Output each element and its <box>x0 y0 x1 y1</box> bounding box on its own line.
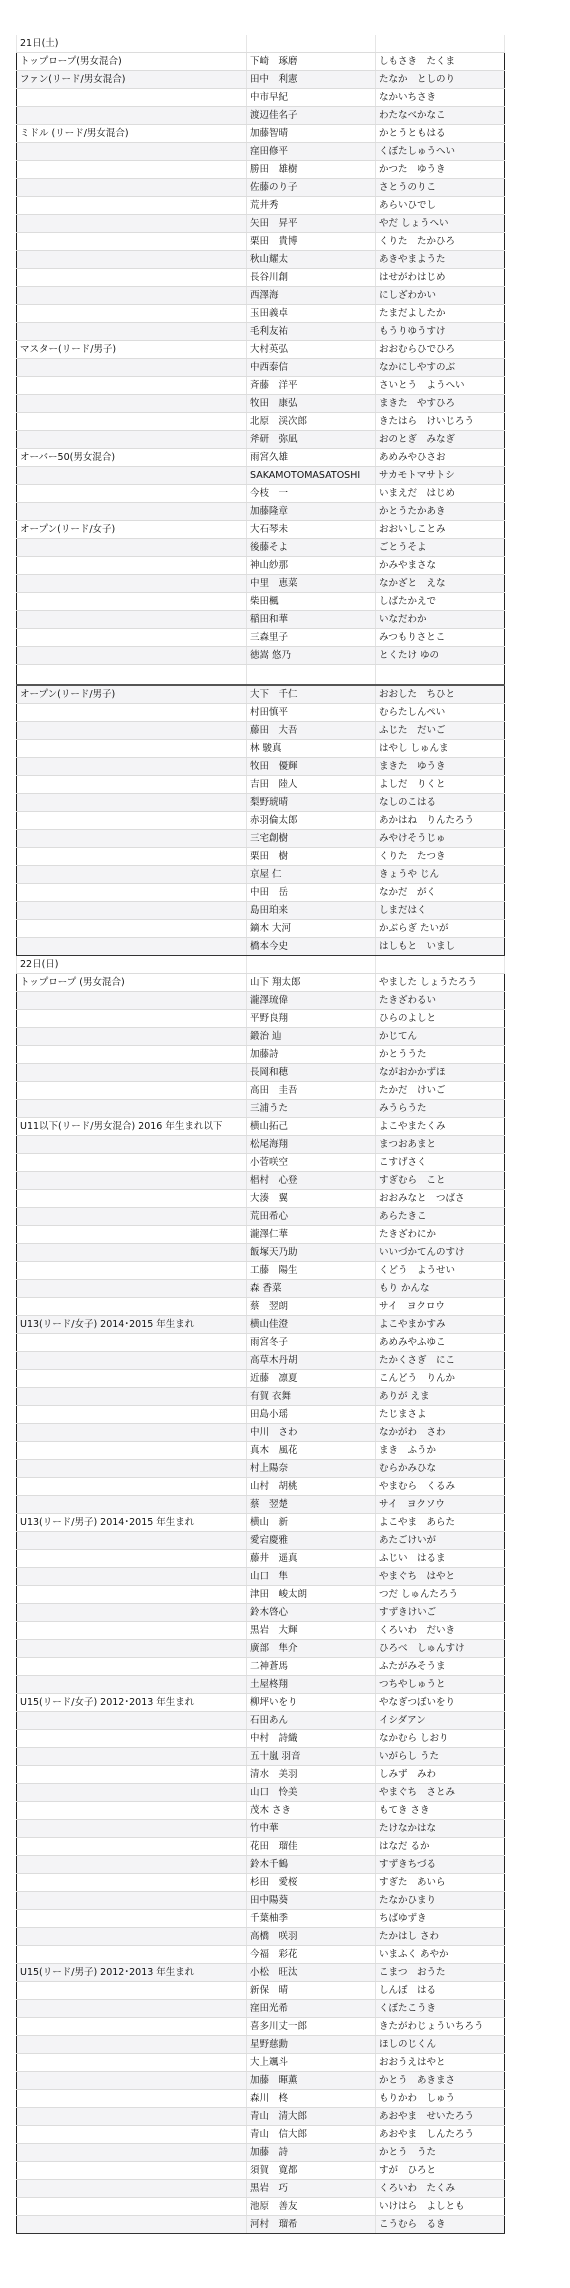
participant-name: 有賀 衣舞 <box>247 1388 376 1406</box>
empty-cell <box>247 956 376 974</box>
participant-name: 千葉柚季 <box>247 1910 376 1928</box>
participant-name: 下崎 琢磨 <box>247 53 376 71</box>
participant-name: 雨宮久雄 <box>247 449 376 467</box>
participant-name: 中田 岳 <box>247 884 376 902</box>
table-row: 三宅創樹みやけそうじゅ <box>17 830 505 848</box>
empty-cell <box>17 1172 247 1190</box>
table-row: 鍛治 辿かじてん <box>17 1028 505 1046</box>
participant-name: 長谷川創 <box>247 269 376 287</box>
empty-cell <box>17 593 247 611</box>
table-row: 森川 柊もりかわ しゅう <box>17 2090 505 2108</box>
participant-name: 高草木丹胡 <box>247 1352 376 1370</box>
table-row: 毛利友祐もうりゆうすけ <box>17 323 505 341</box>
participant-name: 京屋 仁 <box>247 866 376 884</box>
empty-cell <box>17 1334 247 1352</box>
participant-name: 山下 翔太郎 <box>247 974 376 992</box>
empty-cell <box>17 1532 247 1550</box>
participant-name: 廣部 隼介 <box>247 1640 376 1658</box>
participant-name: 津田 峻太朗 <box>247 1586 376 1604</box>
table-row: 渡辺佳名子わたなべかなこ <box>17 107 505 125</box>
participant-name: 青山 信大郎 <box>247 2126 376 2144</box>
empty-cell <box>17 2108 247 2126</box>
participant-kana: もてき さき <box>376 1802 505 1820</box>
participant-kana: くぼたこうき <box>376 2000 505 2018</box>
table-row: 斧研 弥凪おのとぎ みなぎ <box>17 431 505 449</box>
participant-name: 長岡和穂 <box>247 1064 376 1082</box>
participant-kana: くりた たつき <box>376 848 505 866</box>
participant-name: 加藤 詩 <box>247 2144 376 2162</box>
participant-name: 山村 胡桃 <box>247 1478 376 1496</box>
participant-name: 秋山耀太 <box>247 251 376 269</box>
participant-kana: くぼたしゅうへい <box>376 143 505 161</box>
table-row: 千葉柚季ちばゆずき <box>17 1910 505 1928</box>
participant-kana: いいづかてんのすけ <box>376 1244 505 1262</box>
participant-name: 近藤 凛夏 <box>247 1370 376 1388</box>
participant-name: 中川 さわ <box>247 1424 376 1442</box>
table-row: U11以下(リード/男女混合) 2016 年生まれ以下横山拓己よこやまたくみ <box>17 1118 505 1136</box>
table-row: 牧田 優輝まきた ゆうき <box>17 758 505 776</box>
empty-cell <box>17 1406 247 1424</box>
table-row: 中西泰信なかにしやすのぶ <box>17 359 505 377</box>
participant-name: 茂木 さき <box>247 1802 376 1820</box>
table-row: U15(リード/女子) 2012･2013 年生まれ柳坪いをりやなぎつぼいをり <box>17 1694 505 1712</box>
participant-kana: むらたしんぺい <box>376 704 505 722</box>
table-row: 加藤隆章かとうたかあき <box>17 503 505 521</box>
participant-kana: ありが えま <box>376 1388 505 1406</box>
participant-kana: おおいしことみ <box>376 521 505 539</box>
participant-name: 椙村 心登 <box>247 1172 376 1190</box>
participant-kana: なかざと えな <box>376 575 505 593</box>
empty-cell <box>17 1298 247 1316</box>
participant-name: 斉藤 洋平 <box>247 377 376 395</box>
participant-name: 中西泰信 <box>247 359 376 377</box>
participant-kana: くどう ようせい <box>376 1262 505 1280</box>
table-row: 西澤海にしざわかい <box>17 287 505 305</box>
participant-name: 新保 晴 <box>247 1982 376 2000</box>
empty-cell <box>17 812 247 830</box>
table-row: 吉田 陸人よしだ りくと <box>17 776 505 794</box>
empty-cell <box>17 1262 247 1280</box>
table-row: 津田 峻太朗つだ しゅんたろう <box>17 1586 505 1604</box>
category-label: マスター(リード/男子) <box>17 341 247 359</box>
table-row: 鏑木 大河かぶらぎ たいが <box>17 920 505 938</box>
category-label: オーバー50(男女混合) <box>17 449 247 467</box>
participant-kana: こうむら るき <box>376 2216 505 2234</box>
participant-kana: もりかわ しゅう <box>376 2090 505 2108</box>
participant-kana: たかだ けいご <box>376 1082 505 1100</box>
empty-cell <box>17 1658 247 1676</box>
participant-name: 大下 千仁 <box>247 685 376 704</box>
category-label: U13(リード/男子) 2014･2015 年生まれ <box>17 1514 247 1532</box>
participant-name: 瀧澤琉偉 <box>247 992 376 1010</box>
table-row: 林 駿真はやし しゅんま <box>17 740 505 758</box>
participant-kana: あおやま せいたろう <box>376 2108 505 2126</box>
category-label: トップロープ(男女混合) <box>17 53 247 71</box>
participant-name: 玉田義卓 <box>247 305 376 323</box>
participant-name: 村田慎平 <box>247 704 376 722</box>
participant-name: 田島小瑶 <box>247 1406 376 1424</box>
participant-kana: くろいわ だいき <box>376 1622 505 1640</box>
empty-cell <box>17 2090 247 2108</box>
participant-kana: なかがわ さわ <box>376 1424 505 1442</box>
participant-name: 真木 風花 <box>247 1442 376 1460</box>
participant-kana: まきた やすひろ <box>376 395 505 413</box>
participant-kana: つだ しゅんたろう <box>376 1586 505 1604</box>
participant-kana: ひろべ しゅんすけ <box>376 1640 505 1658</box>
day-header-row: 21日(土) <box>17 35 505 53</box>
category-label: オープン(リード/男子) <box>17 685 247 704</box>
table-row: 廣部 隼介ひろべ しゅんすけ <box>17 1640 505 1658</box>
participant-kana: あおやま しんたろう <box>376 2126 505 2144</box>
table-row: 加藤 暉薫かとう あきまさ <box>17 2072 505 2090</box>
empty-cell <box>17 1550 247 1568</box>
table-row: 佐藤のり子さとうのりこ <box>17 179 505 197</box>
table-row: 飯塚天乃助いいづかてんのすけ <box>17 1244 505 1262</box>
table-row: 中市早紀なかいちさき <box>17 89 505 107</box>
table-row: 京屋 仁きょうや じん <box>17 866 505 884</box>
table-row: 中村 詩織なかむら しおり <box>17 1730 505 1748</box>
participant-kana: たかくさぎ にこ <box>376 1352 505 1370</box>
participant-name: 田中陽葵 <box>247 1892 376 1910</box>
participant-kana: さいとう ようへい <box>376 377 505 395</box>
table-row: 河村 瑠希こうむら るき <box>17 2216 505 2234</box>
empty-cell <box>17 1370 247 1388</box>
empty-cell <box>17 2036 247 2054</box>
participant-kana: たじまさよ <box>376 1406 505 1424</box>
participant-name: 鏑木 大河 <box>247 920 376 938</box>
table-row: U15(リード/男子) 2012･2013 年生まれ小松 旺汰こまつ おうた <box>17 1964 505 1982</box>
empty-cell <box>17 1928 247 1946</box>
participant-name: 大湊 翼 <box>247 1190 376 1208</box>
participant-kana: やまぐち はやと <box>376 1568 505 1586</box>
table-row: 清水 美羽しみず みわ <box>17 1766 505 1784</box>
participant-kana: くりた たかひろ <box>376 233 505 251</box>
empty-cell <box>17 161 247 179</box>
empty-cell <box>17 866 247 884</box>
day-label: 22日(日) <box>17 956 247 974</box>
participant-name: 勝田 雄樹 <box>247 161 376 179</box>
table-row: 橋本今史はしもと いまし <box>17 938 505 956</box>
empty-cell <box>17 305 247 323</box>
empty-cell <box>17 1460 247 1478</box>
table-row: U13(リード/男子) 2014･2015 年生まれ横山 新よこやま あらた <box>17 1514 505 1532</box>
participant-name: 飯塚天乃助 <box>247 1244 376 1262</box>
table-row: U13(リード/女子) 2014･2015 年生まれ横山佳澄よこやまかすみ <box>17 1316 505 1334</box>
participant-name: 清水 美羽 <box>247 1766 376 1784</box>
empty-cell <box>17 575 247 593</box>
participant-kana: たなかひまり <box>376 1892 505 1910</box>
participant-name: 鈴木啓心 <box>247 1604 376 1622</box>
participant-name: 河村 瑠希 <box>247 2216 376 2234</box>
table-row: 三浦うたみうらうた <box>17 1100 505 1118</box>
participant-name: 池原 善友 <box>247 2198 376 2216</box>
participant-name: 毛利友祐 <box>247 323 376 341</box>
table-row: 小菅咲空こすげさく <box>17 1154 505 1172</box>
participant-name: 後藤そよ <box>247 539 376 557</box>
empty-cell <box>17 1730 247 1748</box>
participant-kana: なかむら しおり <box>376 1730 505 1748</box>
participant-kana: にしざわかい <box>376 287 505 305</box>
empty-cell <box>17 902 247 920</box>
participant-name: 赤羽倫太郎 <box>247 812 376 830</box>
empty-cell <box>17 233 247 251</box>
participant-name: 黒岩 巧 <box>247 2180 376 2198</box>
empty-cell <box>17 1604 247 1622</box>
participant-kana: ふじた だいご <box>376 722 505 740</box>
empty-cell <box>17 1802 247 1820</box>
participant-kana: とくたけ ゆの <box>376 647 505 665</box>
participant-name: 三森里子 <box>247 629 376 647</box>
empty-cell <box>17 1046 247 1064</box>
table-row: 花田 瑠佳はなだ るか <box>17 1838 505 1856</box>
empty-cell <box>17 1496 247 1514</box>
empty-cell <box>17 1676 247 1694</box>
empty-cell <box>17 2144 247 2162</box>
table-row: 栗田 貴博くりた たかひろ <box>17 233 505 251</box>
participant-name: 大石琴未 <box>247 521 376 539</box>
participant-kana: よこやま あらた <box>376 1514 505 1532</box>
empty-cell <box>17 89 247 107</box>
participant-kana: いなだわか <box>376 611 505 629</box>
participant-kana: きたがわじょういちろう <box>376 2018 505 2036</box>
participant-name: 窪田光希 <box>247 2000 376 2018</box>
participant-kana: ひらのよしと <box>376 1010 505 1028</box>
participant-kana: おおむらひでひろ <box>376 341 505 359</box>
table-row: 森 香菜もり かんな <box>17 1280 505 1298</box>
participant-name: 加藤詩 <box>247 1046 376 1064</box>
participant-kana: しみず みわ <box>376 1766 505 1784</box>
participant-name: 西澤海 <box>247 287 376 305</box>
participant-name: 加藤隆章 <box>247 503 376 521</box>
participant-kana: イシダアン <box>376 1712 505 1730</box>
empty-cell <box>17 557 247 575</box>
empty-cell <box>17 485 247 503</box>
participant-kana: むらかみひな <box>376 1460 505 1478</box>
table-row: 窪田修平くぼたしゅうへい <box>17 143 505 161</box>
empty-cell <box>17 1910 247 1928</box>
participant-kana: かじてん <box>376 1028 505 1046</box>
empty-cell <box>17 179 247 197</box>
empty-cell <box>17 251 247 269</box>
empty-cell <box>17 1892 247 1910</box>
empty-cell <box>376 35 505 53</box>
empty-cell <box>17 647 247 665</box>
participant-name: 加藤 暉薫 <box>247 2072 376 2090</box>
table-row: 栗田 樹くりた たつき <box>17 848 505 866</box>
empty-cell <box>17 197 247 215</box>
participant-kana: かとう あきまさ <box>376 2072 505 2090</box>
participant-kana: まつおあまと <box>376 1136 505 1154</box>
empty-cell <box>376 956 505 974</box>
empty-cell <box>17 215 247 233</box>
participant-name: 横山拓己 <box>247 1118 376 1136</box>
table-row: 中田 岳なかだ がく <box>17 884 505 902</box>
participant-kana: みやけそうじゅ <box>376 830 505 848</box>
table-row: 山村 胡桃やまむら くるみ <box>17 1478 505 1496</box>
participant-name: 鈴木千鶴 <box>247 1856 376 1874</box>
table-row: 二神蒼馬ふたがみそうま <box>17 1658 505 1676</box>
empty-cell <box>17 740 247 758</box>
participant-name: 中里 恵菜 <box>247 575 376 593</box>
participant-name: 横山 新 <box>247 1514 376 1532</box>
table-row: 星野慈勳ほしのじくん <box>17 2036 505 2054</box>
participant-name: 高田 圭吾 <box>247 1082 376 1100</box>
empty-cell <box>17 1352 247 1370</box>
table-row: 三森里子みつもりさとこ <box>17 629 505 647</box>
empty-cell <box>17 1748 247 1766</box>
participant-name: 杉田 愛桜 <box>247 1874 376 1892</box>
participant-kana: はやし しゅんま <box>376 740 505 758</box>
empty-cell <box>17 1280 247 1298</box>
participant-name: 須賀 寛都 <box>247 2162 376 2180</box>
category-label: オープン(リード/女子) <box>17 521 247 539</box>
participant-kana: しまだはく <box>376 902 505 920</box>
table-row: 黒岩 巧くろいわ たくみ <box>17 2180 505 2198</box>
table-row: 今枝 一いまえだ はじめ <box>17 485 505 503</box>
participant-kana: いけはら よしとも <box>376 2198 505 2216</box>
participant-kana: おおうえはやと <box>376 2054 505 2072</box>
table-row: トップロープ (男女混合)山下 翔太郎やました しょうたろう <box>17 974 505 992</box>
participant-kana: たかはし さわ <box>376 1928 505 1946</box>
empty-cell <box>17 1640 247 1658</box>
participant-name <box>247 665 376 686</box>
participant-kana: ごとうそよ <box>376 539 505 557</box>
participant-name: 森 香菜 <box>247 1280 376 1298</box>
empty-cell <box>17 395 247 413</box>
table-row: 長谷川創はせがわはじめ <box>17 269 505 287</box>
participant-kana: ふじい はるま <box>376 1550 505 1568</box>
table-row: 竹中華たけなかはな <box>17 1820 505 1838</box>
participant-name: 花田 瑠佳 <box>247 1838 376 1856</box>
table-row: 土屋柊翔つちやしゅうと <box>17 1676 505 1694</box>
table-row: オーバー50(男女混合)雨宮久雄あめみやひさお <box>17 449 505 467</box>
empty-cell <box>17 776 247 794</box>
participant-kana: あめみやひさお <box>376 449 505 467</box>
empty-cell <box>17 884 247 902</box>
table-row: 荒井秀あらいひでし <box>17 197 505 215</box>
empty-cell <box>17 1784 247 1802</box>
participant-kana: なしのこはる <box>376 794 505 812</box>
table-row: 田中陽葵たなかひまり <box>17 1892 505 1910</box>
table-row: 須賀 寛都すが ひろと <box>17 2162 505 2180</box>
table-row: 松尾海翔まつおあまと <box>17 1136 505 1154</box>
empty-cell <box>17 1568 247 1586</box>
participant-name: 林 駿真 <box>247 740 376 758</box>
participant-name: 蔡 翌朗 <box>247 1298 376 1316</box>
table-row: 大湊 翼おおみなと つばさ <box>17 1190 505 1208</box>
participant-kana: もり かんな <box>376 1280 505 1298</box>
participant-name: 栗田 貴博 <box>247 233 376 251</box>
empty-cell <box>17 377 247 395</box>
participant-kana: こんどう りんか <box>376 1370 505 1388</box>
participant-kana: やなぎつぼいをり <box>376 1694 505 1712</box>
empty-cell <box>17 611 247 629</box>
participant-kana: つちやしゅうと <box>376 1676 505 1694</box>
participant-kana: もうりゆうすけ <box>376 323 505 341</box>
day-label: 21日(土) <box>17 35 247 53</box>
participant-kana: よしだ りくと <box>376 776 505 794</box>
participant-kana: みつもりさとこ <box>376 629 505 647</box>
table-row: 近藤 凛夏こんどう りんか <box>17 1370 505 1388</box>
participant-name: 渡辺佳名子 <box>247 107 376 125</box>
table-row: 田島小瑶たじまさよ <box>17 1406 505 1424</box>
empty-cell <box>17 2162 247 2180</box>
empty-cell <box>17 722 247 740</box>
participant-name: 藤井 遥真 <box>247 1550 376 1568</box>
table-row: 雨宮冬子あめみやふゆこ <box>17 1334 505 1352</box>
table-row: 鈴木啓心すずきけいご <box>17 1604 505 1622</box>
table-row: 長岡和穂ながおかかずほ <box>17 1064 505 1082</box>
participant-kana: サイ ヨクソウ <box>376 1496 505 1514</box>
table-row: 高田 圭吾たかだ けいご <box>17 1082 505 1100</box>
participant-name: 喜多川丈一郎 <box>247 2018 376 2036</box>
empty-cell <box>17 848 247 866</box>
empty-cell <box>17 323 247 341</box>
empty-cell <box>17 1586 247 1604</box>
participant-name: 黒岩 大輝 <box>247 1622 376 1640</box>
empty-cell <box>17 1622 247 1640</box>
participant-name: 牧田 優輝 <box>247 758 376 776</box>
empty-cell <box>17 938 247 956</box>
participant-kana: サイ ヨクロウ <box>376 1298 505 1316</box>
entry-list-body: 21日(土)トップロープ(男女混合)下崎 琢磨しもさき たくまファン(リード/男… <box>17 35 505 2234</box>
table-row: 今福 彩花いまふく あやか <box>17 1946 505 1964</box>
category-label: U11以下(リード/男女混合) 2016 年生まれ以下 <box>17 1118 247 1136</box>
participant-name: 田中 利憲 <box>247 71 376 89</box>
empty-cell <box>17 1856 247 1874</box>
empty-cell <box>17 1946 247 1964</box>
table-row: 中川 さわなかがわ さわ <box>17 1424 505 1442</box>
table-row: 高草木丹胡たかくさぎ にこ <box>17 1352 505 1370</box>
participant-kana: おおした ちひと <box>376 685 505 704</box>
empty-cell <box>17 794 247 812</box>
category-label: U13(リード/女子) 2014･2015 年生まれ <box>17 1316 247 1334</box>
empty-cell <box>17 1982 247 2000</box>
table-row: 茂木 さきもてき さき <box>17 1802 505 1820</box>
participant-kana: ほしのじくん <box>376 2036 505 2054</box>
participant-kana: あたごけいが <box>376 1532 505 1550</box>
participant-kana: かとううた <box>376 1046 505 1064</box>
participant-name: 柳坪いをり <box>247 1694 376 1712</box>
empty-cell <box>17 1190 247 1208</box>
table-row: 牧田 康弘まきた やすひろ <box>17 395 505 413</box>
blank-row <box>17 665 505 686</box>
empty-cell <box>17 1424 247 1442</box>
table-row: 瀧澤仁華たきざわにか <box>17 1226 505 1244</box>
empty-cell <box>17 1028 247 1046</box>
table-row: 蔡 翌朗サイ ヨクロウ <box>17 1298 505 1316</box>
empty-cell <box>17 2000 247 2018</box>
empty-cell <box>17 665 247 686</box>
empty-cell <box>17 920 247 938</box>
participant-name: 窪田修平 <box>247 143 376 161</box>
participant-kana: やました しょうたろう <box>376 974 505 992</box>
participant-kana: かつた ゆうき <box>376 161 505 179</box>
day-header-row: 22日(日) <box>17 956 505 974</box>
participant-name: 小菅咲空 <box>247 1154 376 1172</box>
participant-name: 稲田和華 <box>247 611 376 629</box>
empty-cell <box>17 431 247 449</box>
empty-cell <box>17 1136 247 1154</box>
participant-kana: サカモトマサトシ <box>376 467 505 485</box>
participant-name: 村上陽奈 <box>247 1460 376 1478</box>
participant-name: SAKAMOTOMASATOSHI <box>247 467 376 485</box>
empty-cell <box>17 2216 247 2234</box>
participant-kana: ふたがみそうま <box>376 1658 505 1676</box>
participant-kana: しばたかえで <box>376 593 505 611</box>
table-row: 神山紗那かみやまさな <box>17 557 505 575</box>
table-row: 愛宕慶雅あたごけいが <box>17 1532 505 1550</box>
